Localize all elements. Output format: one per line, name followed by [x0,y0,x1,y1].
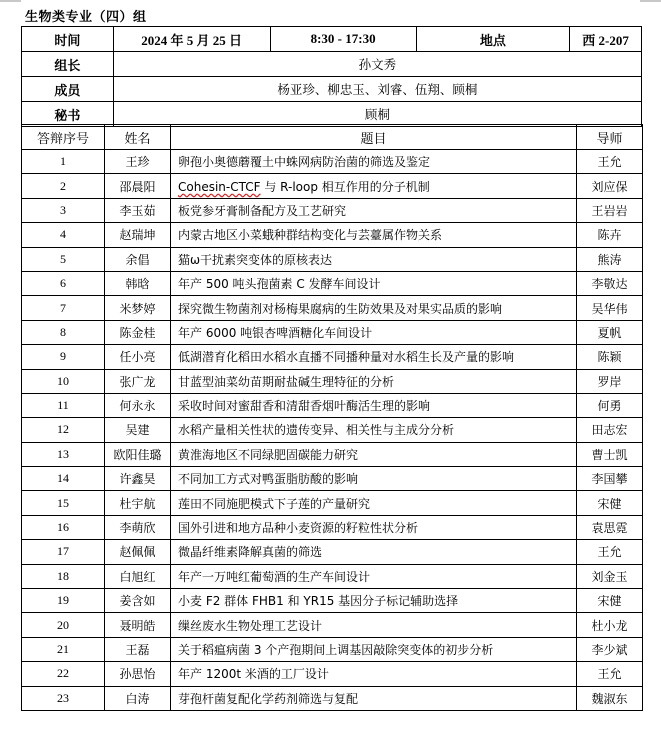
tutor-name: 夏帆 [577,320,643,344]
table-row: 3李玉茹板党参牙膏制备配方及工艺研究王岩岩 [22,198,643,222]
thesis-topic: 采收时间对蜜甜香和清甜香烟叶酶活生理的影响 [171,393,577,417]
defense-number: 23 [22,686,105,710]
thesis-topic: 年产 1200t 米酒的工厂设计 [171,662,577,686]
table-row: 18白旭红年产一万吨红葡萄酒的生产车间设计刘金玉 [22,564,643,588]
thesis-topic: 莲田不同施肥模式下子莲的产量研究 [171,491,577,515]
thesis-topic: 缫丝废水生物处理工艺设计 [171,613,577,637]
tutor-name: 袁思霓 [577,515,643,539]
thesis-topic: 国外引进和地方品种小麦资源的籽粒性状分析 [171,515,577,539]
student-name: 吴建 [105,418,171,442]
student-name: 余倡 [105,247,171,271]
student-name: 聂明皓 [105,613,171,637]
student-name: 许鑫昊 [105,467,171,491]
table-row: 22孙思怡年产 1200t 米酒的工厂设计王允 [22,662,643,686]
defense-number: 1 [22,150,105,174]
tutor-name: 宋健 [577,491,643,515]
table-row: 11何永永采收时间对蜜甜香和清甜香烟叶酶活生理的影响何勇 [22,393,643,417]
thesis-topic: 芽孢杆菌复配化学药剂筛选与复配 [171,686,577,710]
tutor-name: 曹士凯 [577,442,643,466]
thesis-topic: 探究微生物菌剂对杨梅果腐病的生防效果及对果实品质的影响 [171,296,577,320]
thesis-topic: 关于稻瘟病菌 3 个产孢期间上调基因敲除突变体的初步分析 [171,637,577,661]
defense-number: 5 [22,247,105,271]
group-title: 生物类专业（四）组 [25,6,147,25]
defense-number: 13 [22,442,105,466]
table-row: 9任小亮低湖潜育化稻田水稻水直播不同播种量对水稻生长及产量的影响陈颖 [22,345,643,369]
location-label: 地点 [416,27,570,52]
table-row: 20聂明皓缫丝废水生物处理工艺设计杜小龙 [22,613,643,637]
tutor-name: 王允 [577,150,643,174]
student-name: 欧阳佳璐 [105,442,171,466]
defense-number: 19 [22,589,105,613]
defense-number: 17 [22,540,105,564]
tutor-name: 刘金玉 [577,564,643,588]
defense-number: 3 [22,198,105,222]
defense-number: 14 [22,467,105,491]
tutor-name: 李敬达 [577,271,643,295]
thesis-topic: Cohesin-CTCF 与 R-loop 相互作用的分子机制 [171,174,577,198]
student-name: 邵晨阳 [105,174,171,198]
thesis-topic: 不同加工方式对鸭蛋脂肪酸的影响 [171,467,577,491]
table-row: 8陈金桂年产 6000 吨银杏啤酒糖化车间设计夏帆 [22,320,643,344]
student-name: 陈金桂 [105,320,171,344]
table-row: 19姜含如小麦 F2 群体 FHB1 和 YR15 基因分子标记辅助选择宋健 [22,589,643,613]
defense-number: 21 [22,637,105,661]
table-row: 5余倡猫ω干扰素突变体的原核表达熊涛 [22,247,643,271]
student-name: 李玉茹 [105,198,171,222]
thesis-topic: 板党参牙膏制备配方及工艺研究 [171,198,577,222]
thesis-topic: 微晶纤维素降解真菌的筛选 [171,540,577,564]
secretary-row: 秘书 顾桐 [22,102,642,127]
members-row: 成员 杨亚珍、柳忠玉、刘睿、伍翔、顾桐 [22,77,642,102]
defense-number: 11 [22,393,105,417]
student-name: 王珍 [105,150,171,174]
table-row: 2邵晨阳Cohesin-CTCF 与 R-loop 相互作用的分子机制刘应保 [22,174,643,198]
defense-number: 16 [22,515,105,539]
defense-number: 6 [22,271,105,295]
tutor-name: 王允 [577,540,643,564]
thesis-topic: 黄淮海地区不同绿肥固碳能力研究 [171,442,577,466]
thesis-topic: 甘蓝型油菜幼苗期耐盐碱生理特征的分析 [171,369,577,393]
defense-number: 2 [22,174,105,198]
page-corner-mark-left-tick [20,0,21,2]
tutor-name: 何勇 [577,393,643,417]
student-name: 任小亮 [105,345,171,369]
spellcheck-underlined-text: Cohesin-CTCF [178,180,261,194]
defense-number: 7 [22,296,105,320]
tutor-name: 杜小龙 [577,613,643,637]
table-row: 17赵佩佩微晶纤维素降解真菌的筛选王允 [22,540,643,564]
student-name: 白涛 [105,686,171,710]
table-row: 21王磊关于稻瘟病菌 3 个产孢期间上调基因敲除突变体的初步分析李少斌 [22,637,643,661]
student-name: 孙思怡 [105,662,171,686]
student-name: 王磊 [105,637,171,661]
defense-number: 22 [22,662,105,686]
table-row: 7米梦婷探究微生物菌剂对杨梅果腐病的生防效果及对果实品质的影响吴华伟 [22,296,643,320]
members-label: 成员 [22,77,114,102]
table-row: 6韩晗年产 500 吨头孢菌素 C 发酵车间设计李敬达 [22,271,643,295]
table-row: 13欧阳佳璐黄淮海地区不同绿肥固碳能力研究曹士凯 [22,442,643,466]
defense-number: 18 [22,564,105,588]
table-row: 15杜宇航莲田不同施肥模式下子莲的产量研究宋健 [22,491,643,515]
tutor-name: 魏淑东 [577,686,643,710]
student-name: 赵瑞坤 [105,223,171,247]
thesis-topic: 内蒙古地区小菜蛾种群结构变化与芸薹属作物关系 [171,223,577,247]
secretary-value: 顾桐 [113,102,641,127]
student-name: 李萌欣 [105,515,171,539]
defense-number: 9 [22,345,105,369]
leader-label: 组长 [22,52,114,77]
hours-value: 8:30 - 17:30 [270,27,416,52]
student-name: 何永永 [105,393,171,417]
tutor-name: 刘应保 [577,174,643,198]
header-topic: 题目 [171,125,577,150]
student-name: 韩晗 [105,271,171,295]
page-corner-mark-right-tick [640,0,641,2]
defense-number: 20 [22,613,105,637]
student-name: 姜含如 [105,589,171,613]
defense-number: 10 [22,369,105,393]
thesis-topic: 卵孢小奥德蘑覆土中蛛网病防治菌的筛选及鉴定 [171,150,577,174]
topic-text: 与 R-loop 相互作用的分子机制 [261,180,430,194]
table-row: 16李萌欣国外引进和地方品种小麦资源的籽粒性状分析袁思霓 [22,515,643,539]
table-row: 4赵瑞坤内蒙古地区小菜蛾种群结构变化与芸薹属作物关系陈卉 [22,223,643,247]
defense-list-table: 答辩序号 姓名 题目 导师 1王珍卵孢小奥德蘑覆土中蛛网病防治菌的筛选及鉴定王允… [21,124,643,711]
table-row: 1王珍卵孢小奥德蘑覆土中蛛网病防治菌的筛选及鉴定王允 [22,150,643,174]
tutor-name: 陈颖 [577,345,643,369]
table-row: 12吴建水稻产量相关性状的遗传变异、相关性与主成分分析田志宏 [22,418,643,442]
tutor-name: 陈卉 [577,223,643,247]
thesis-topic: 年产 6000 吨银杏啤酒糖化车间设计 [171,320,577,344]
tutor-name: 李国攀 [577,467,643,491]
location-value: 西 2-207 [570,27,642,52]
defense-schedule-table: 时间 2024 年 5 月 25 日 8:30 - 17:30 地点 西 2-2… [21,26,642,127]
student-name: 白旭红 [105,564,171,588]
tutor-name: 吴华伟 [577,296,643,320]
table-row: 10张广龙甘蓝型油菜幼苗期耐盐碱生理特征的分析罗岸 [22,369,643,393]
leader-row: 组长 孙文秀 [22,52,642,77]
time-label: 时间 [22,27,114,52]
defense-number: 4 [22,223,105,247]
student-name: 赵佩佩 [105,540,171,564]
tutor-name: 田志宏 [577,418,643,442]
thesis-topic: 小麦 F2 群体 FHB1 和 YR15 基因分子标记辅助选择 [171,589,577,613]
header-name: 姓名 [105,125,171,150]
thesis-topic: 水稻产量相关性状的遗传变异、相关性与主成分分析 [171,418,577,442]
tutor-name: 宋健 [577,589,643,613]
defense-number: 15 [22,491,105,515]
tutor-name: 罗岸 [577,369,643,393]
table-row: 23白涛芽孢杆菌复配化学药剂筛选与复配魏淑东 [22,686,643,710]
table-header-row: 答辩序号 姓名 题目 导师 [22,125,643,150]
thesis-topic: 猫ω干扰素突变体的原核表达 [171,247,577,271]
student-name: 米梦婷 [105,296,171,320]
tutor-name: 王允 [577,662,643,686]
student-name: 杜宇航 [105,491,171,515]
thesis-topic: 年产一万吨红葡萄酒的生产车间设计 [171,564,577,588]
tutor-name: 熊涛 [577,247,643,271]
leader-value: 孙文秀 [113,52,641,77]
defense-number: 12 [22,418,105,442]
members-value: 杨亚珍、柳忠玉、刘睿、伍翔、顾桐 [113,77,641,102]
time-location-row: 时间 2024 年 5 月 25 日 8:30 - 17:30 地点 西 2-2… [22,27,642,52]
thesis-topic: 年产 500 吨头孢菌素 C 发酵车间设计 [171,271,577,295]
secretary-label: 秘书 [22,102,114,127]
date-value: 2024 年 5 月 25 日 [113,27,270,52]
thesis-topic: 低湖潜育化稻田水稻水直播不同播种量对水稻生长及产量的影响 [171,345,577,369]
header-tutor: 导师 [577,125,643,150]
defense-number: 8 [22,320,105,344]
tutor-name: 王岩岩 [577,198,643,222]
page-corner-mark-right [641,0,661,2]
page-corner-mark-left [0,0,21,2]
table-row: 14许鑫昊不同加工方式对鸭蛋脂肪酸的影响李国攀 [22,467,643,491]
tutor-name: 李少斌 [577,637,643,661]
student-name: 张广龙 [105,369,171,393]
header-defense-no: 答辩序号 [22,125,105,150]
